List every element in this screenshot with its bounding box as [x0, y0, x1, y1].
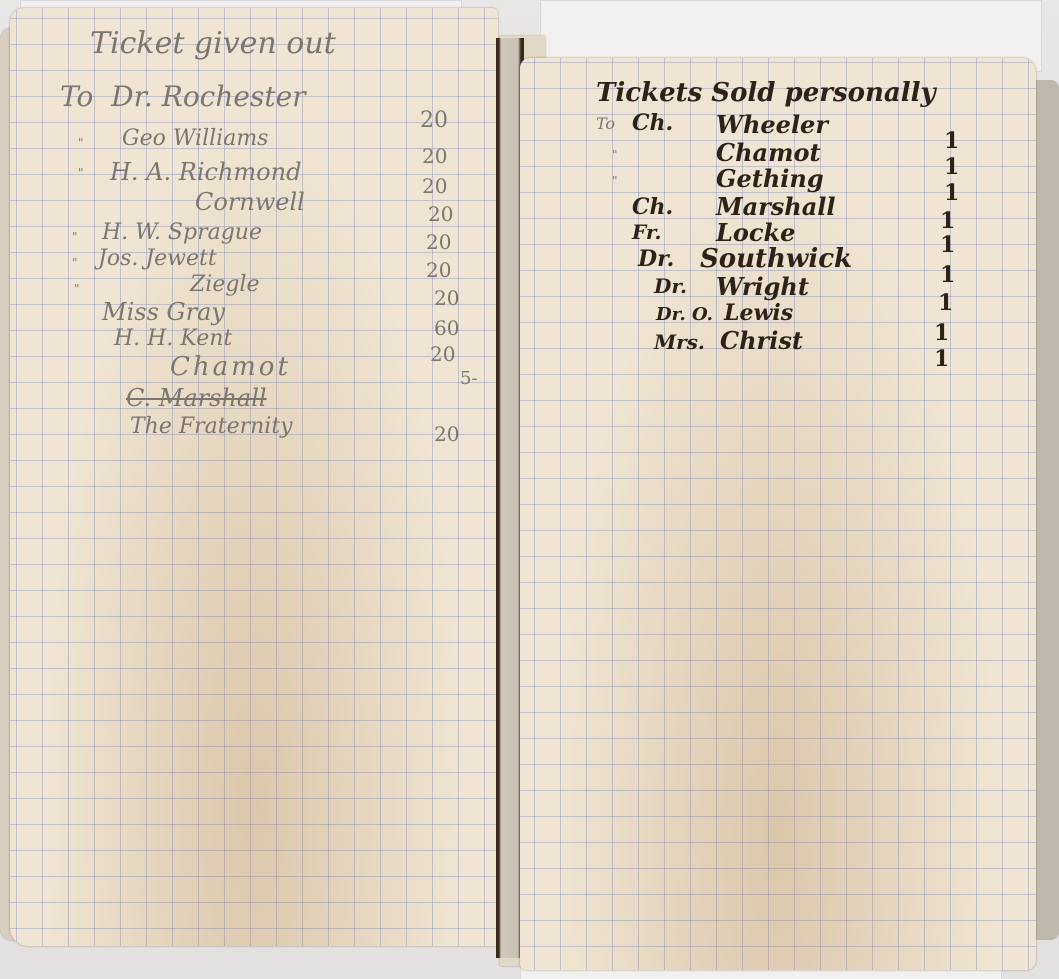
entry-qty: 1: [944, 180, 959, 206]
entry-qty: 20: [422, 174, 447, 198]
ditto-mark: ": [78, 166, 84, 180]
entry-title: Dr. O.: [656, 304, 713, 325]
entry-title: Mrs.: [654, 330, 705, 354]
list-item: Ziegle: [190, 272, 259, 297]
left-page: Ticket given out To Dr. Rochester 20 " G…: [10, 8, 498, 946]
entry-qty: 1: [940, 232, 955, 258]
entry-qty: 1: [938, 290, 953, 316]
list-item: H. W. Sprague: [102, 220, 262, 245]
entry-name: Lewis: [724, 300, 793, 326]
ditto-mark: ": [72, 230, 78, 244]
left-page-heading: Ticket given out: [90, 26, 336, 61]
ditto-mark: ": [612, 148, 618, 162]
entry-qty: 20: [434, 286, 459, 310]
entry-qty: 20: [422, 144, 447, 168]
entry-qty: 1: [944, 128, 959, 154]
entry-title: Ch.: [632, 194, 673, 220]
list-item: Miss Gray: [102, 298, 225, 326]
entry-qty: 20: [420, 108, 448, 133]
ditto-mark: ": [78, 136, 84, 150]
entry-qty: 20: [428, 202, 453, 226]
entry-qty: 20: [426, 258, 451, 282]
list-item: To Dr. Rochester: [60, 80, 306, 113]
list-item: Jos. Jewett: [98, 246, 217, 271]
list-item: Geo Williams: [122, 126, 268, 151]
entry-qty: 1: [934, 320, 949, 346]
entry-name: Chamot: [716, 138, 821, 167]
list-item: Chamot: [170, 352, 291, 382]
entry-qty: 1: [934, 346, 949, 372]
list-item: The Fraternity: [130, 414, 293, 439]
entry-title: Dr.: [654, 274, 687, 298]
entry-qty: 1: [944, 154, 959, 180]
list-item: H. H. Kent: [114, 326, 232, 351]
list-item: Cornwell: [195, 188, 305, 216]
ditto-mark: ": [72, 256, 78, 270]
entry-qty: 20: [430, 342, 455, 366]
entry-title: Fr.: [632, 220, 662, 244]
entry-name: Wheeler: [716, 110, 828, 139]
entry-qty: 1: [940, 262, 955, 288]
right-page-heading: Tickets Sold personally: [596, 78, 936, 108]
entry-prefix: To: [60, 80, 93, 113]
entry-title: Dr.: [638, 246, 674, 272]
entry-name: Gething: [716, 164, 824, 193]
entry-qty: 20: [434, 422, 459, 446]
ditto-mark: ": [612, 174, 618, 188]
entry-qty: 60: [434, 316, 459, 340]
list-item: H. A. Richmond: [110, 158, 301, 186]
entry-qty: 20: [426, 230, 451, 254]
ditto-mark: ": [74, 282, 80, 296]
cover-right-edge: [1032, 80, 1059, 940]
entry-qty: 5-: [460, 368, 478, 389]
entry-prefix: To: [596, 114, 615, 133]
entry-title: Ch.: [632, 110, 673, 136]
entry-name: Christ: [720, 326, 803, 355]
entry-name: Wright: [716, 272, 809, 301]
entry-name: Southwick: [700, 244, 852, 274]
entry-name: Dr. Rochester: [111, 80, 305, 113]
list-item-struck: C. Marshall: [126, 384, 267, 412]
entry-qty: 1: [940, 208, 955, 234]
right-page: Tickets Sold personally To Ch. Wheeler 1…: [520, 58, 1036, 970]
entry-name: Locke: [716, 218, 795, 247]
entry-name: Marshall: [716, 192, 836, 221]
